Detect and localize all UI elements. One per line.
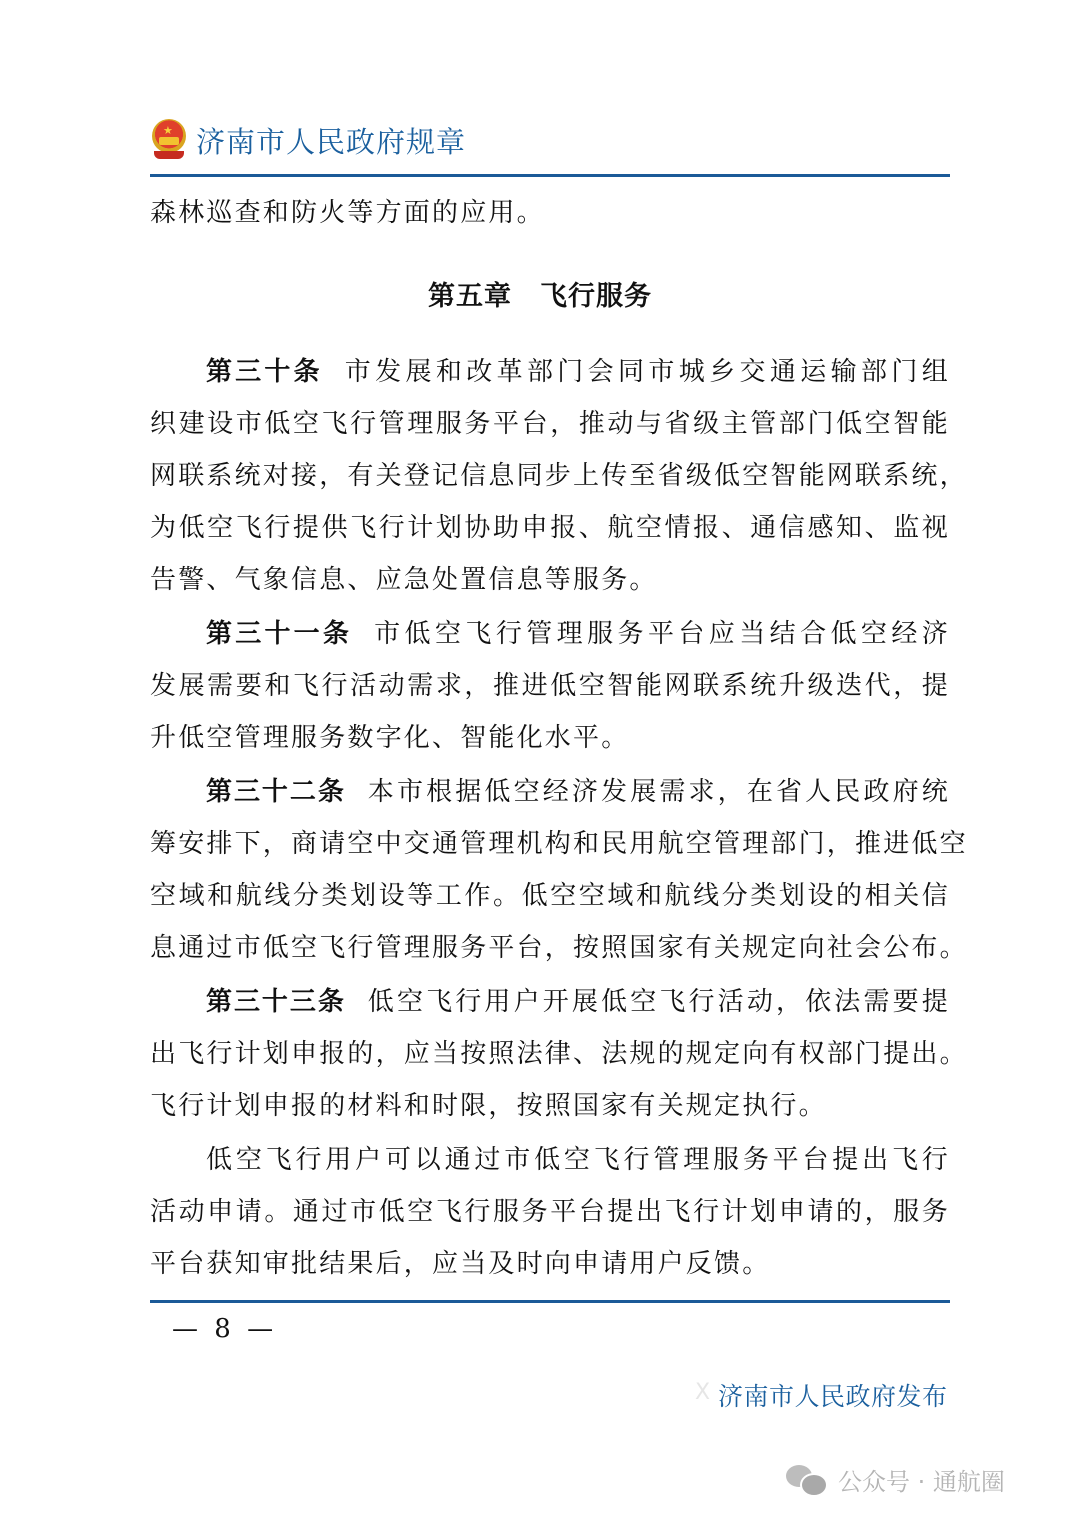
article-32-line-1: 第三十二条本市根据低空经济发展需求，在省人民政府统 — [150, 775, 950, 809]
article-33-line-2: 出飞行计划申报的，应当按照法律、法规的规定向有权部门提出。 — [150, 1037, 950, 1071]
article-label: 第三十二条 — [206, 777, 346, 807]
national-emblem-icon: ★ — [150, 119, 188, 161]
header-divider — [150, 174, 950, 177]
article-30-line-4: 为低空飞行提供飞行计划协助申报、航空情报、通信感知、监视 — [150, 511, 950, 545]
paragraph-line-2: 活动申请。通过市低空飞行服务平台提出飞行计划申请的，服务 — [150, 1195, 950, 1229]
publisher-label: 济南市人民政府发布 — [718, 1377, 948, 1413]
watermark-text: 公众号 · 通航圈 — [838, 1462, 1005, 1497]
article-30-line-1: 第三十条市发展和改革部门会同市城乡交通运输部门组 — [150, 355, 950, 389]
header-title: 济南市人民政府规章 — [196, 120, 466, 161]
chapter-title: 飞行服务 — [540, 281, 652, 312]
article-label: 第三十条 — [206, 357, 323, 387]
article-33-line-1: 第三十三条低空飞行用户开展低空飞行活动，依法需要提 — [150, 985, 950, 1019]
paragraph-line-1: 低空飞行用户可以通过市低空飞行管理服务平台提出飞行 — [150, 1143, 950, 1177]
article-label: 第三十一条 — [206, 619, 352, 649]
article-32-line-3: 空域和航线分类划设等工作。低空空域和航线分类划设的相关信 — [150, 879, 950, 913]
article-31-line-2: 发展需要和飞行活动需求，推进低空智能网联系统升级迭代，提 — [150, 669, 950, 703]
chapter-number: 第五章 — [428, 281, 512, 312]
footer-divider — [150, 1300, 950, 1303]
article-30-line-5: 告警、气象信息、应急处置信息等服务。 — [150, 563, 950, 597]
article-31-line-3: 升低空管理服务数字化、智能化水平。 — [150, 721, 950, 755]
article-30-line-2: 织建设市低空飞行管理服务平台，推动与省级主管部门低空智能 — [150, 407, 950, 441]
article-33-line-3: 飞行计划申报的材料和时限，按照国家有关规定执行。 — [150, 1089, 950, 1123]
publisher-mark: X — [695, 1380, 710, 1405]
document-header: ★ 济南市人民政府规章 — [150, 116, 466, 164]
article-31-line-1: 第三十一条市低空飞行管理服务平台应当结合低空经济 — [150, 617, 950, 651]
wechat-watermark: 公众号 · 通航圈 — [786, 1462, 1005, 1497]
article-label: 第三十三条 — [206, 987, 346, 1017]
wechat-icon — [786, 1463, 830, 1497]
paragraph-line-3: 平台获知审批结果后，应当及时向申请用户反馈。 — [150, 1247, 950, 1281]
article-30-line-3: 网联系统对接，有关登记信息同步上传至省级低空智能网联系统， — [150, 459, 950, 493]
chapter-heading: 第五章飞行服务 — [0, 274, 1080, 313]
page-number: — 8 — — [172, 1314, 277, 1344]
article-32-line-4: 息通过市低空飞行管理服务平台，按照国家有关规定向社会公布。 — [150, 931, 950, 965]
carryover-line: 森林巡查和防火等方面的应用。 — [150, 196, 950, 230]
article-32-line-2: 筹安排下，商请空中交通管理机构和民用航空管理部门，推进低空 — [150, 827, 950, 861]
